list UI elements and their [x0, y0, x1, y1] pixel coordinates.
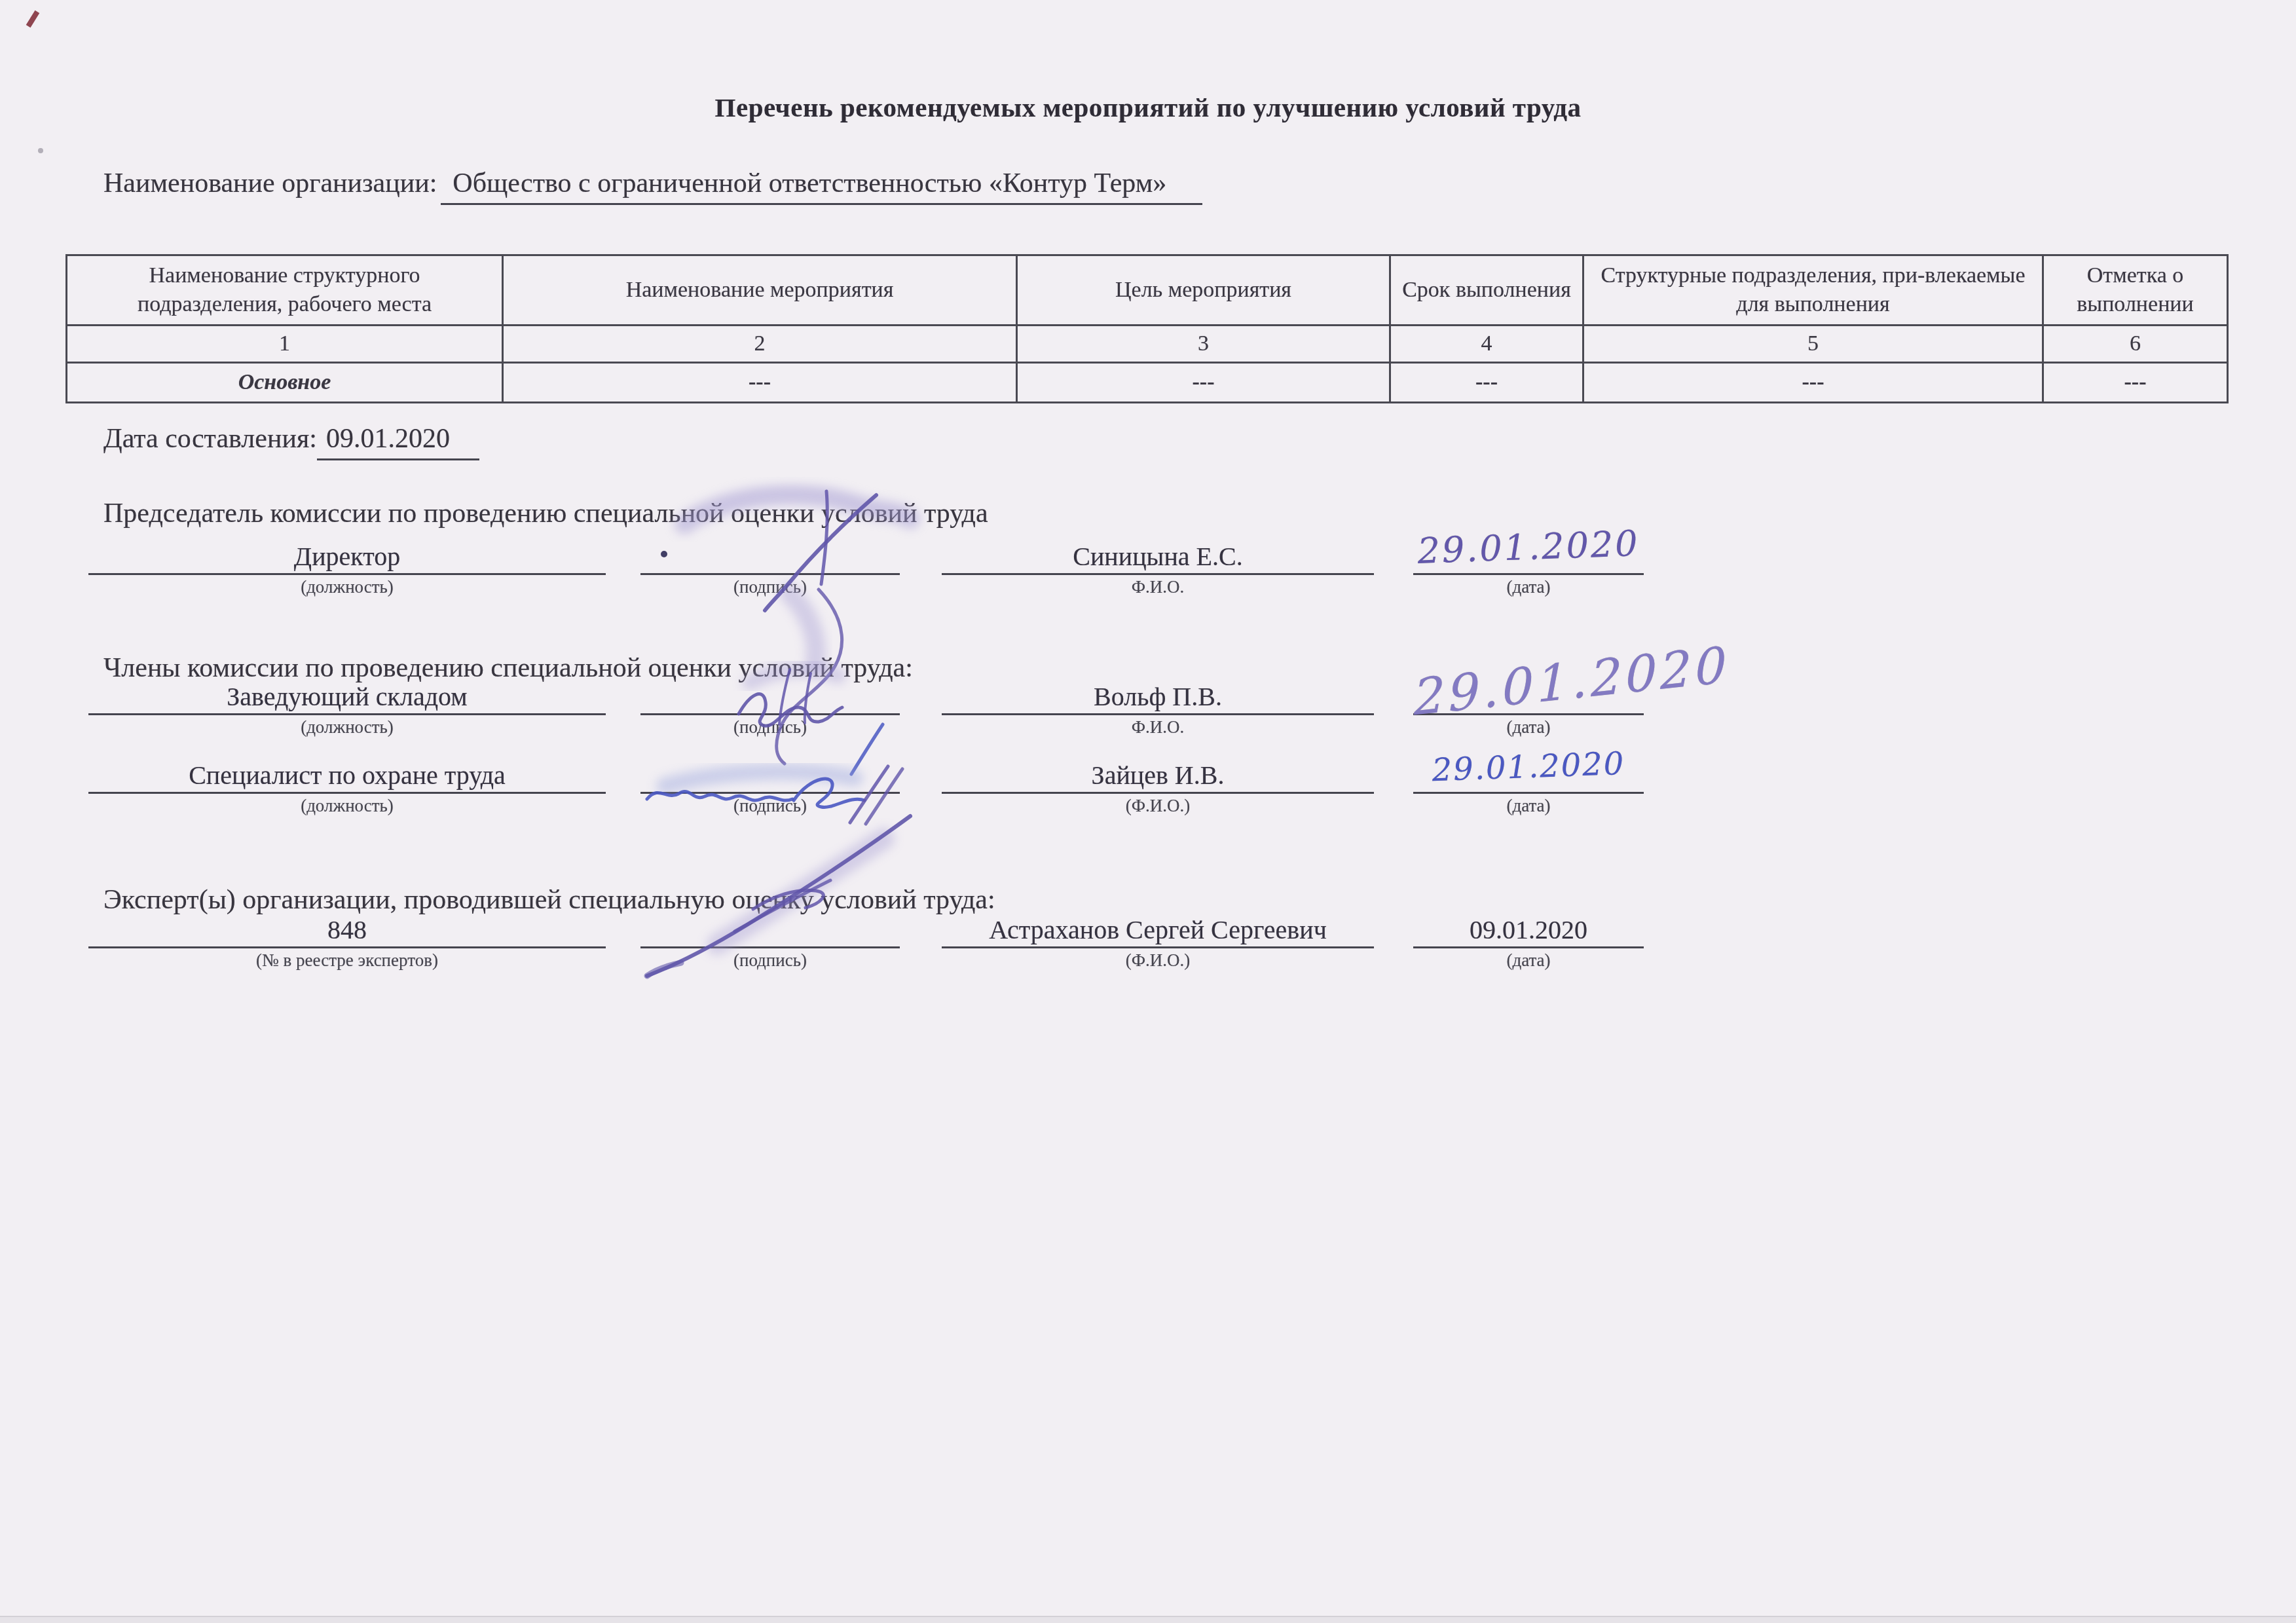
table-header-cell: Цель мероприятия [1017, 255, 1390, 326]
table-header-cell: Наименование мероприятия [503, 255, 1017, 326]
signature-row-chairman: Директор (должность) (подпись) Синицына … [0, 540, 2296, 638]
column-number-cell: 1 [67, 326, 503, 363]
organization-value: Общество с ограниченной ответственностью… [441, 168, 1202, 205]
signature-line [640, 758, 900, 794]
date-field: 29.01.2020 (дата) [1413, 680, 1644, 737]
date-line: 29.01.2020 [1413, 758, 1644, 794]
table-cell: --- [1390, 363, 1583, 403]
position-label: (должность) [88, 796, 606, 816]
name-field: Вольф П.В. Ф.И.О. [942, 680, 1374, 737]
signature-row-member-2: Специалист по охране труда (должность) (… [0, 758, 2296, 857]
signature-label: (подпись) [640, 796, 900, 816]
chairman-heading: Председатель комиссии по проведению спец… [103, 498, 988, 529]
scan-artifacts [26, 10, 43, 153]
signature-line [640, 540, 900, 575]
position-value: Специалист по охране труда [88, 758, 606, 794]
name-label: (Ф.И.О.) [942, 796, 1374, 816]
signature-field: (подпись) [640, 540, 900, 597]
organization-line: Наименование организации:Общество с огра… [103, 168, 1202, 205]
table-cell: --- [2043, 363, 2228, 403]
column-number-cell: 3 [1017, 326, 1390, 363]
name-label: Ф.И.О. [942, 717, 1374, 737]
registry-number-value: 848 [88, 913, 606, 948]
position-field: Заведующий складом (должность) [88, 680, 606, 737]
compile-date-label: Дата составления: [103, 424, 317, 454]
name-field: Зайцев И.В. (Ф.И.О.) [942, 758, 1374, 816]
compile-date-value: 09.01.2020 [317, 423, 479, 460]
date-field: 29.01.2020 (дата) [1413, 758, 1644, 816]
name-value: Синицына Е.С. [942, 540, 1374, 575]
date-line: 29.01.2020 [1413, 540, 1644, 575]
expert-registry-field: 848 (№ в реестре экспертов) [88, 913, 606, 971]
signature-field: (подпись) [640, 758, 900, 816]
date-label: (дата) [1413, 577, 1644, 597]
table-header-cell: Наименование структурного подразделения,… [67, 255, 503, 326]
date-line: 29.01.2020 [1413, 680, 1644, 715]
gray-speck [38, 148, 43, 153]
signature-line [640, 680, 900, 715]
position-value: Директор [88, 540, 606, 575]
name-label: Ф.И.О. [942, 577, 1374, 597]
organization-label: Наименование организации: [103, 168, 441, 198]
signature-line [640, 913, 900, 948]
position-label: (должность) [88, 717, 606, 737]
table-cell: --- [1017, 363, 1390, 403]
column-number-cell: 2 [503, 326, 1017, 363]
name-field: Астраханов Сергей Сергеевич (Ф.И.О.) [942, 913, 1374, 971]
signature-field: (подпись) [640, 680, 900, 737]
table-header-row: Наименование структурного подразделения,… [67, 255, 2228, 326]
table-cell: --- [503, 363, 1017, 403]
scanned-document-page: Перечень рекомендуемых мероприятий по ул… [0, 0, 2296, 1623]
signature-row-expert: 848 (№ в реестре экспертов) (подпись) Ас… [0, 913, 2296, 1011]
date-label: (дата) [1413, 950, 1644, 971]
name-value: Зайцев И.В. [942, 758, 1374, 794]
table-data-row: Основное --- --- --- --- --- [67, 363, 2228, 403]
name-value: Астраханов Сергей Сергеевич [942, 913, 1374, 948]
handwritten-date: 29.01.2020 [1414, 644, 1643, 726]
column-number-cell: 6 [2043, 326, 2228, 363]
position-field: Специалист по охране труда (должность) [88, 758, 606, 816]
expert-heading: Эксперт(ы) организации, проводившей спец… [103, 884, 995, 916]
red-speck [26, 10, 40, 28]
handwritten-date: 29.01.2020 [1413, 523, 1644, 572]
signature-label: (подпись) [640, 577, 900, 597]
position-field: Директор (должность) [88, 540, 606, 597]
name-value: Вольф П.В. [942, 680, 1374, 715]
registry-number-label: (№ в реестре экспертов) [88, 950, 606, 971]
table-header-cell: Отметка о выполнении [2043, 255, 2228, 326]
signature-field: (подпись) [640, 913, 900, 971]
members-heading: Члены комиссии по проведению специальной… [103, 652, 913, 684]
date-field: 09.01.2020 (дата) [1413, 913, 1644, 971]
table-header-cell: Срок выполнения [1390, 255, 1583, 326]
column-number-cell: 4 [1390, 326, 1583, 363]
table-header-cell: Структурные подразделения, при-влекаемые… [1583, 255, 2043, 326]
compile-date-line: Дата составления:09.01.2020 [103, 423, 479, 460]
date-value: 09.01.2020 [1413, 913, 1644, 948]
name-field: Синицына Е.С. Ф.И.О. [942, 540, 1374, 597]
position-value: Заведующий складом [88, 680, 606, 715]
document-title: Перечень рекомендуемых мероприятий по ул… [0, 92, 2296, 123]
name-label: (Ф.И.О.) [942, 950, 1374, 971]
table-cell: --- [1583, 363, 2043, 403]
measures-table: Наименование структурного подразделения,… [65, 254, 2229, 403]
date-label: (дата) [1413, 796, 1644, 816]
scan-bottom-edge [0, 1616, 2296, 1623]
signature-label: (подпись) [640, 717, 900, 737]
signature-label: (подпись) [640, 950, 900, 971]
position-label: (должность) [88, 577, 606, 597]
date-label: (дата) [1413, 717, 1644, 737]
table-cell-subdivision: Основное [67, 363, 503, 403]
column-number-cell: 5 [1583, 326, 2043, 363]
date-field: 29.01.2020 (дата) [1413, 540, 1644, 597]
table-column-numbers-row: 1 2 3 4 5 6 [67, 326, 2228, 363]
